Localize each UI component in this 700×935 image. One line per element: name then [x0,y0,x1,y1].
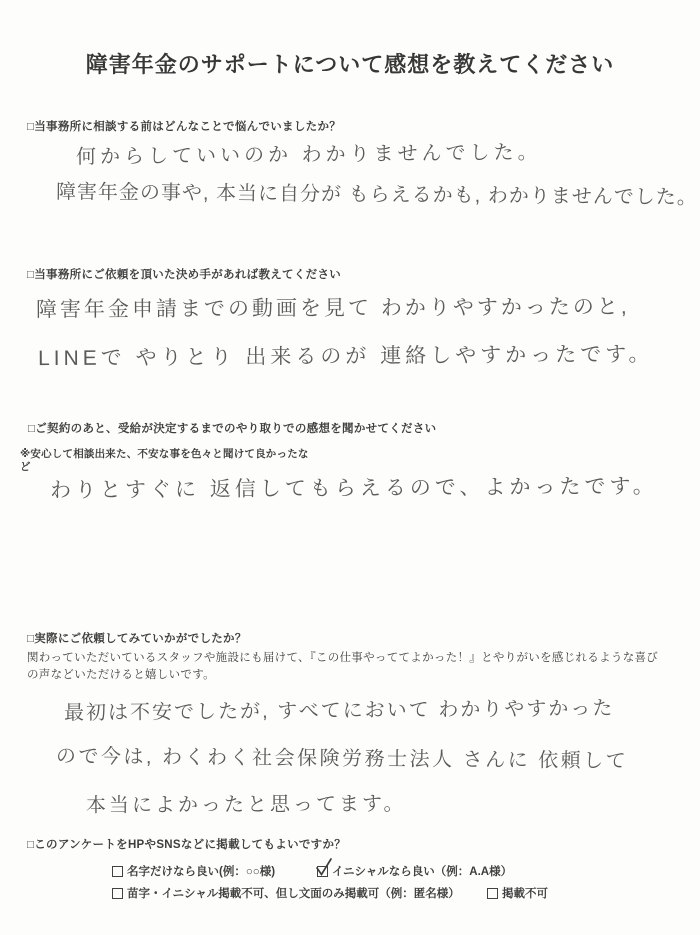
publish-option-no-publish[interactable]: 掲載不可 [487,885,548,901]
question-4-desc-line-2: の声などいただけると嬉しいです。 [27,666,215,682]
page-title: 障害年金のサポートについて感想を教えてください [0,48,700,79]
check-mark-icon [315,856,333,878]
question-5-label: □このアンケートをHPやSNSなどに掲載してもよいですか？ [27,836,346,852]
q1-answer-line-2: 障害年金の事や, 本当に自分が もらえるかも, わかりませんでした。 [56,175,698,210]
q2-answer-line-1: 障害年金申請までの動画を見て わかりやすかったのと, [36,290,630,323]
q4-answer-line-3: 本当によかったと思ってます。 [86,787,407,818]
survey-scan-page: 障害年金のサポートについて感想を教えてください □当事務所に相談する前はどんなこ… [0,0,700,935]
checkbox-icon[interactable] [317,866,328,877]
publish-option-name-only[interactable]: 名字だけなら良い(例：○○様) [112,863,275,879]
question-4-desc-line-1: 関わっていただいているスタッフや施設にも届けて、『この仕事やっててよかった！』と… [27,649,658,665]
publish-option-text-only[interactable]: 苗字・イニシャル掲載不可、但し文面のみ掲載可（例：匿名様） [112,885,460,901]
question-3-note-line-1: ※安心して相談出来た、不安な事を色々と聞けて良かったな [20,446,309,461]
checkbox-icon[interactable] [112,866,123,877]
question-1-label: □当事務所に相談する前はどんなことで悩んでいましたか？ [27,118,341,134]
q1-answer-line-1: 何からしていいのか わかりませんでした。 [76,136,542,170]
question-4-label: □実際にご依頼してみていかがでしたか？ [27,630,247,646]
question-2-label: □当事務所にご依頼を頂いた決め手があれば教えてください [27,266,341,282]
q3-answer-line-1: わりとすぐに 返信してもらえるので、よかったです。 [50,470,658,504]
question-3-label: □ご契約のあと、受給が決定するまでのやり取りでの感想を聞かせてください [28,420,436,436]
option-label: 名字だけなら良い(例：○○様) [127,863,275,879]
checkbox-icon[interactable] [112,888,123,899]
question-3-note-line-2: ど [20,459,31,474]
option-label: 掲載不可 [502,885,548,901]
publish-option-initials[interactable]: イニシャルなら良い（例：A.A様） [317,863,512,879]
option-label: イニシャルなら良い（例：A.A様） [332,863,512,879]
option-label: 苗字・イニシャル掲載不可、但し文面のみ掲載可（例：匿名様） [127,885,460,901]
q2-answer-line-2: LINEで やりとり 出来るのが 連絡しやすかったです。 [38,338,654,372]
checkbox-icon[interactable] [487,888,498,899]
q4-answer-line-1: 最初は不安でしたが, すべてにおいて わかりやすかった [64,692,615,726]
q4-answer-line-2: ので今は, わくわく社会保険労務士法人 さんに 依頼して [56,740,628,774]
